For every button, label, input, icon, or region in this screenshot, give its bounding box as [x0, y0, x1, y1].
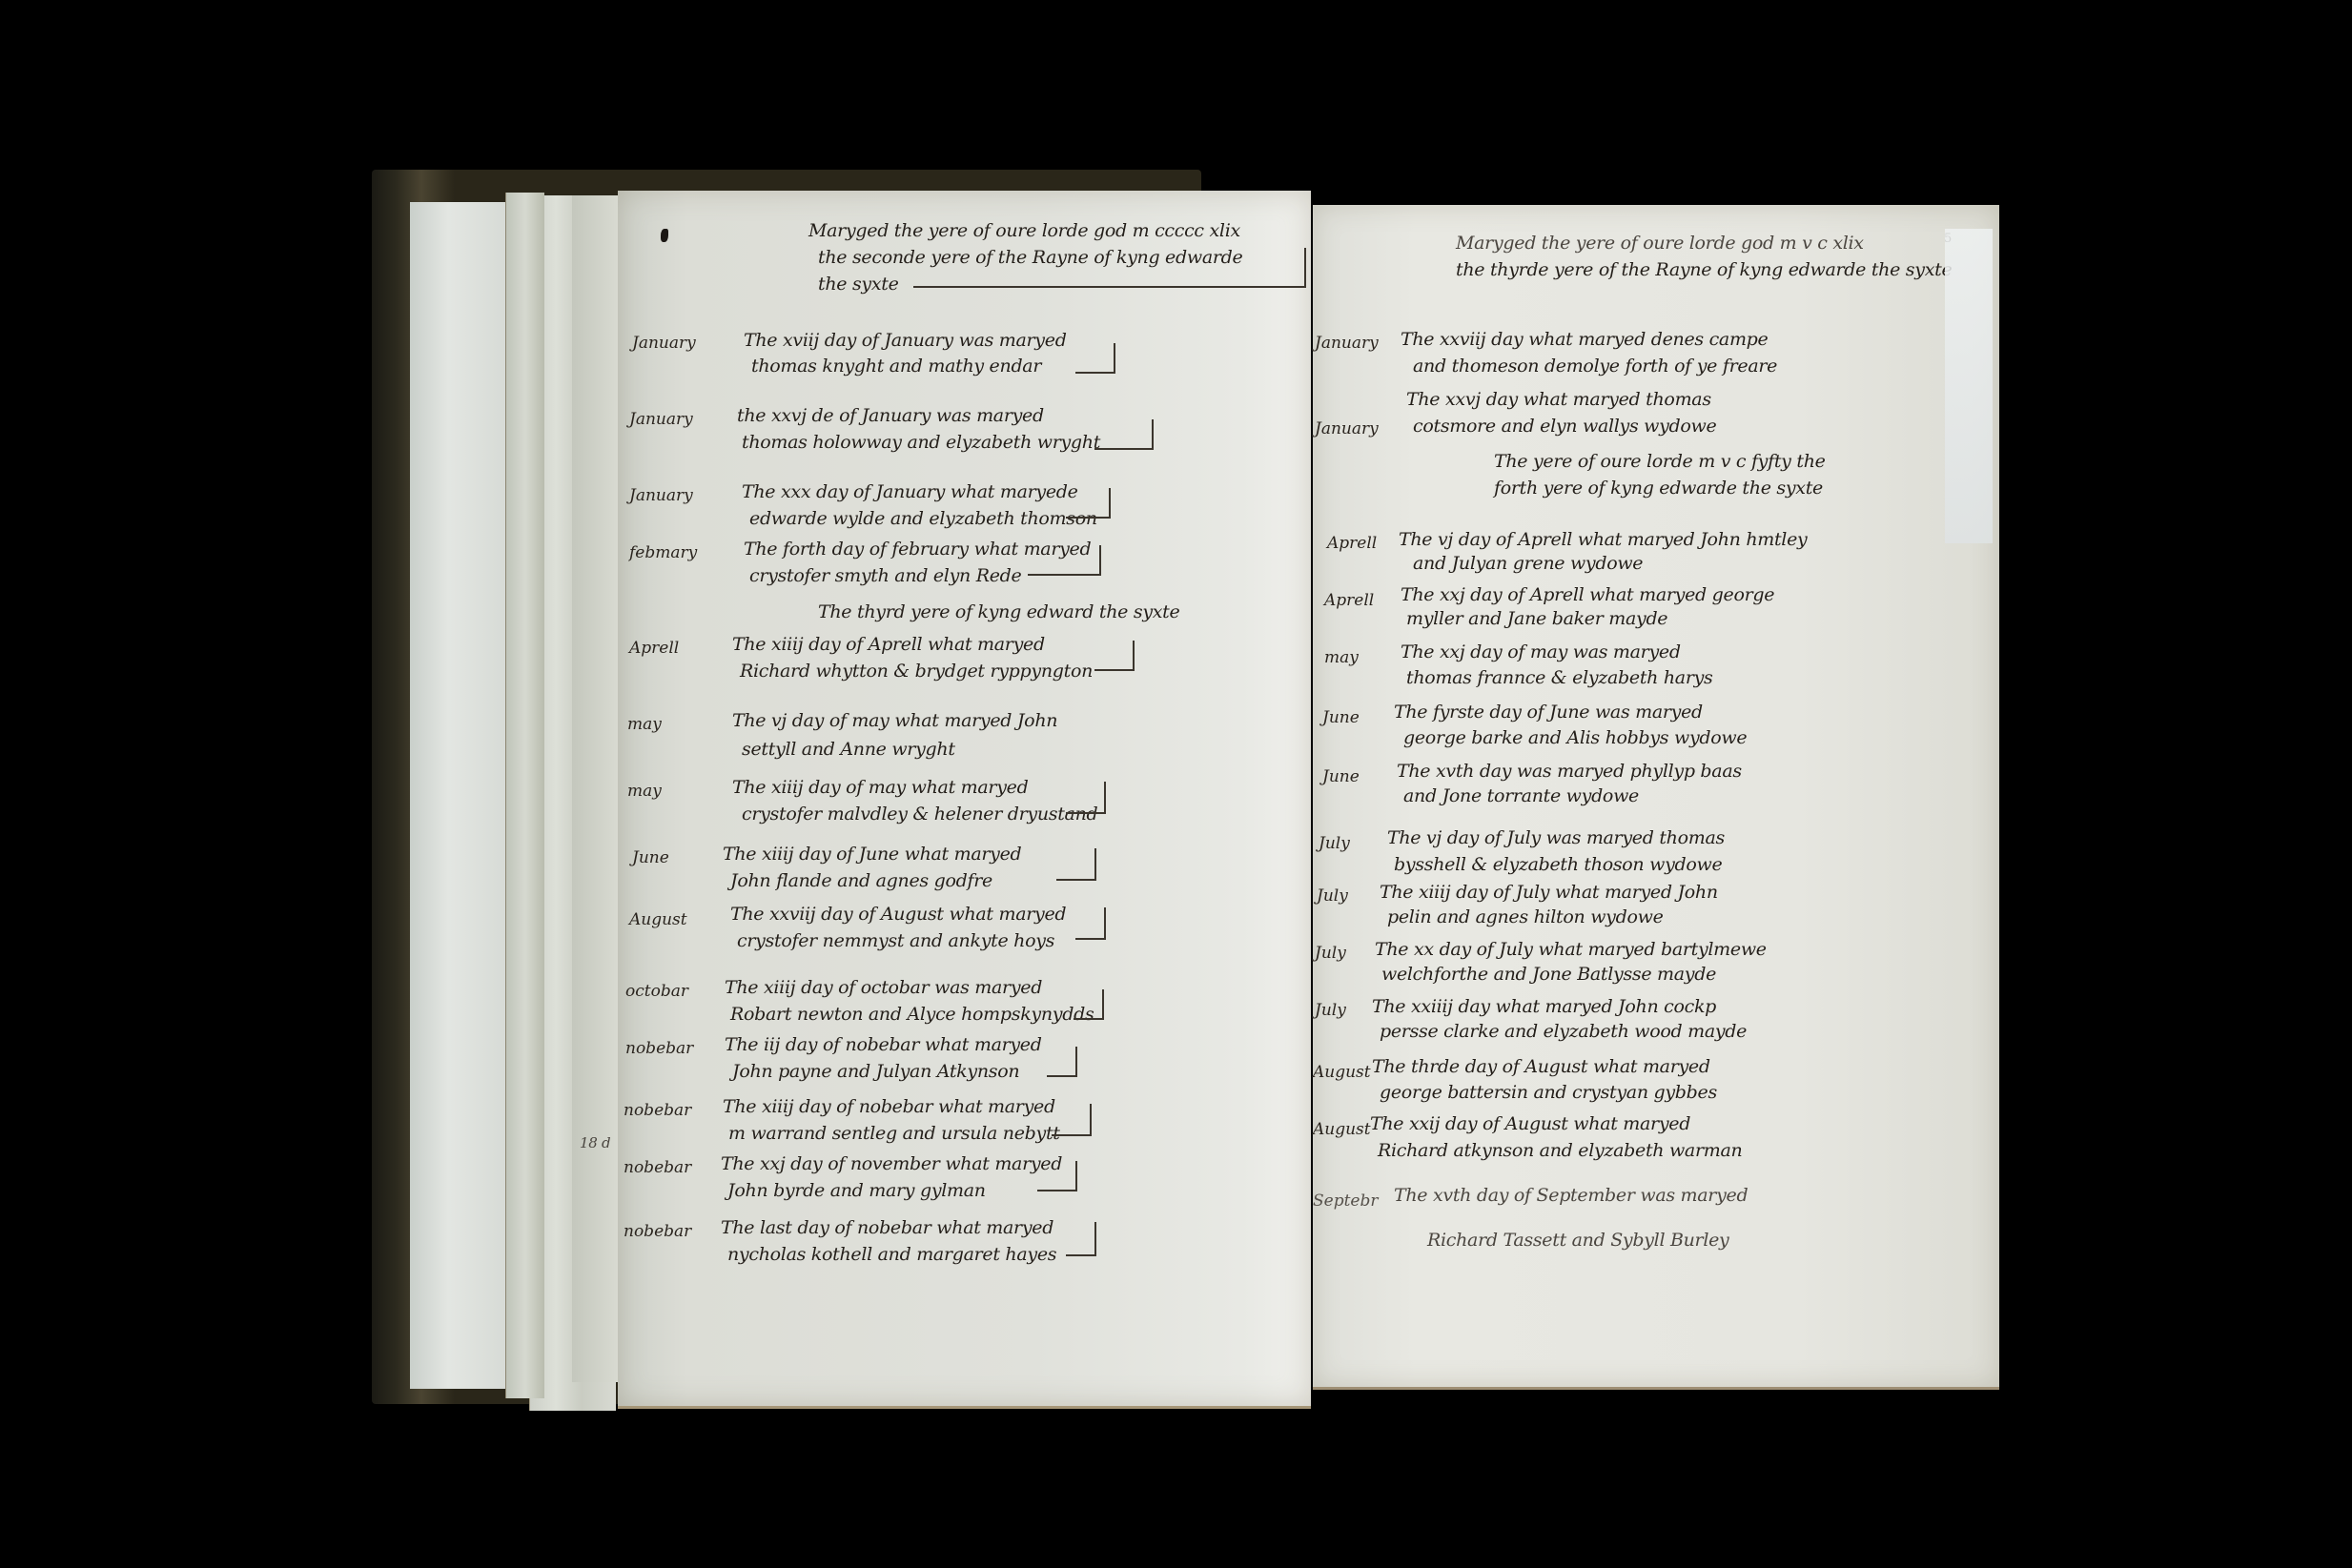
- entry-month: June: [632, 848, 669, 867]
- left-heading-line-1: Maryged the yere of oure lorde god m ccc…: [808, 217, 1240, 244]
- entry-line: The xiiij day of may what maryed: [732, 774, 1028, 801]
- entry-bracket: [1066, 488, 1111, 519]
- entry-line: crystofer malvdley & helener dryustand: [742, 801, 1097, 827]
- entry-month: Aprell: [629, 639, 679, 658]
- entry-bracket: [1037, 1161, 1077, 1191]
- entry-month: may: [627, 782, 662, 801]
- entry-bracket: [1094, 641, 1135, 671]
- entry-month: nobebar: [624, 1101, 691, 1120]
- flyleaf: [410, 202, 505, 1389]
- entry-month: July: [1319, 834, 1350, 853]
- entry-line: John flande and agnes godfre: [730, 867, 992, 894]
- regnal-year-subheading: The thyrd yere of kyng edward the syxte: [818, 599, 1179, 625]
- entry-line: Richard Tassett and Sybyll Burley: [1427, 1227, 1729, 1253]
- margin-note: 18 d: [580, 1130, 610, 1156]
- left-heading-line-3: the syxte: [818, 271, 899, 297]
- entry-line: Robart newton and Alyce hompskynydds: [730, 1001, 1094, 1028]
- entry-month: August: [629, 910, 687, 929]
- entry-line: george battersin and crystyan gybbes: [1380, 1079, 1717, 1106]
- entry-line: Richard whytton & brydget ryppyngton: [740, 658, 1093, 684]
- entry-line: welchforthe and Jone Batlysse mayde: [1381, 961, 1716, 988]
- entry-line: thomas holowway and elyzabeth wryght: [742, 429, 1100, 456]
- entry-bracket: [1075, 907, 1106, 940]
- right-page: 5 Maryged the yere of oure lorde god m v…: [1313, 205, 1999, 1390]
- entry-line: The xiiij day of nobebar what maryed: [723, 1093, 1055, 1120]
- entry-month: Aprell: [1324, 591, 1374, 610]
- entry-line: The xx day of July what maryed bartylmew…: [1375, 936, 1767, 963]
- right-heading-line-2: the thyrde yere of the Rayne of kyng edw…: [1456, 256, 1952, 283]
- entry-line: The xiiij day of Aprell what maryed: [732, 631, 1045, 658]
- entry-line: and Julyan grene wydowe: [1413, 550, 1643, 577]
- entry-month: January: [629, 410, 693, 429]
- entry-month: January: [629, 486, 693, 505]
- ink-mark: [661, 229, 668, 242]
- entry-bracket: [1047, 1047, 1077, 1077]
- entry-line: crystofer smyth and elyn Rede: [749, 562, 1021, 589]
- entry-line: crystofer nemmyst and ankyte hoys: [737, 927, 1054, 954]
- entry-line: The vj day of may what maryed John: [732, 707, 1057, 734]
- entry-month: July: [1315, 944, 1346, 963]
- entry-month: June: [1322, 767, 1360, 786]
- entry-month: Septebr: [1313, 1191, 1379, 1211]
- entry-line: The vj day of Aprell what maryed John hm…: [1399, 526, 1807, 553]
- entry-line: settyll and Anne wryght: [742, 736, 955, 763]
- entry-line: The xxviij day of August what maryed: [730, 901, 1066, 927]
- entry-month: July: [1317, 886, 1348, 906]
- entry-line: The last day of nobebar what maryed: [721, 1214, 1053, 1241]
- flyleaf: [505, 193, 544, 1398]
- flyleaf: [572, 195, 622, 1382]
- entry-bracket: [1074, 989, 1104, 1020]
- entry-bracket: [1075, 343, 1115, 374]
- entry-line: and Jone torrante wydowe: [1403, 783, 1639, 809]
- entry-bracket: [1052, 1104, 1092, 1136]
- regnal-year-subheading: The yere of oure lorde m v c fyfty the f…: [1494, 448, 1856, 501]
- entry-month: may: [627, 715, 662, 734]
- entry-line: myller and Jane baker mayde: [1406, 605, 1667, 632]
- entry-line: m warrand sentleg and ursula nebytt: [728, 1120, 1060, 1147]
- entry-line: The xvth day was maryed phyllyp baas: [1397, 758, 1742, 784]
- entry-line: edwarde wylde and elyzabeth thomson: [749, 505, 1097, 532]
- entry-line: persse clarke and elyzabeth wood mayde: [1380, 1018, 1747, 1045]
- entry-line: The xxj day of may was maryed: [1401, 639, 1681, 665]
- entry-line: The xiiij day of June what maryed: [723, 841, 1021, 867]
- entry-line: The xxvj day what maryed thomas: [1406, 386, 1711, 413]
- entry-line: thomas frannce & elyzabeth harys: [1406, 664, 1712, 691]
- entry-month: January: [1315, 419, 1379, 438]
- entry-line: The xxviij day what maryed denes campe: [1401, 326, 1769, 353]
- entry-line: The xxj day of november what maryed: [721, 1151, 1062, 1177]
- entry-line: and thomeson demolye forth of ye freare: [1413, 353, 1777, 379]
- entry-bracket: [1056, 848, 1096, 881]
- entry-month: August: [1313, 1120, 1371, 1139]
- entry-line: The xxx day of January what maryede: [742, 479, 1078, 505]
- entry-month: January: [632, 334, 696, 353]
- entry-line: The xxij day of August what maryed: [1370, 1110, 1690, 1137]
- entry-month: Aprell: [1327, 534, 1377, 553]
- entry-line: cotsmore and elyn wallys wydowe: [1413, 413, 1716, 439]
- entry-month: June: [1322, 708, 1360, 727]
- entry-line: pelin and agnes hilton wydowe: [1387, 904, 1664, 930]
- entry-line: John byrde and mary gylman: [727, 1177, 986, 1204]
- entry-line: The xviij day of January was maryed: [744, 327, 1067, 354]
- entry-month: octobar: [625, 982, 688, 1001]
- entry-month: nobebar: [624, 1158, 691, 1177]
- heading-bracket: [913, 248, 1306, 288]
- entry-bracket: [1066, 782, 1106, 814]
- entry-line: thomas knyght and mathy endar: [751, 353, 1041, 379]
- left-page: Maryged the yere of oure lorde god m ccc…: [618, 191, 1311, 1409]
- right-heading-line-1: Maryged the yere of oure lorde god m v c…: [1456, 230, 1864, 256]
- entry-line: The fyrste day of June was maryed: [1394, 699, 1703, 725]
- entry-bracket: [1028, 545, 1101, 576]
- entry-month: January: [1315, 334, 1379, 353]
- entry-line: The xiiij day of octobar was maryed: [725, 974, 1042, 1001]
- entry-line: george barke and Alis hobbys wydowe: [1403, 724, 1747, 751]
- entry-line: the xxvj de of January was maryed: [737, 402, 1044, 429]
- entry-line: The xiiij day of July what maryed John: [1380, 879, 1718, 906]
- entry-line: The iij day of nobebar what maryed: [725, 1031, 1042, 1058]
- entry-line: bysshell & elyzabeth thoson wydowe: [1394, 851, 1722, 878]
- entry-line: The xvth day of September was maryed: [1394, 1182, 1748, 1209]
- entry-bracket: [1066, 1222, 1096, 1256]
- entry-line: The vj day of July was maryed thomas: [1387, 825, 1725, 851]
- page-edge-fold: [1945, 229, 1993, 543]
- entry-month: August: [1313, 1063, 1371, 1082]
- entry-line: The thrde day of August what maryed: [1372, 1053, 1710, 1080]
- entry-month: may: [1324, 648, 1359, 667]
- entry-line: The xxiiij day what maryed John cockp: [1372, 993, 1716, 1020]
- entry-month: July: [1315, 1001, 1346, 1020]
- entry-bracket: [1094, 419, 1154, 450]
- entry-line: John payne and Julyan Atkynson: [732, 1058, 1019, 1085]
- entry-line: The xxj day of Aprell what maryed george: [1401, 581, 1774, 608]
- entry-line: nycholas kothell and margaret hayes: [727, 1241, 1056, 1268]
- entry-line: Richard atkynson and elyzabeth warman: [1378, 1137, 1742, 1164]
- entry-month: febmary: [629, 543, 697, 562]
- entry-month: nobebar: [624, 1222, 691, 1241]
- entry-month: nobebar: [625, 1039, 693, 1058]
